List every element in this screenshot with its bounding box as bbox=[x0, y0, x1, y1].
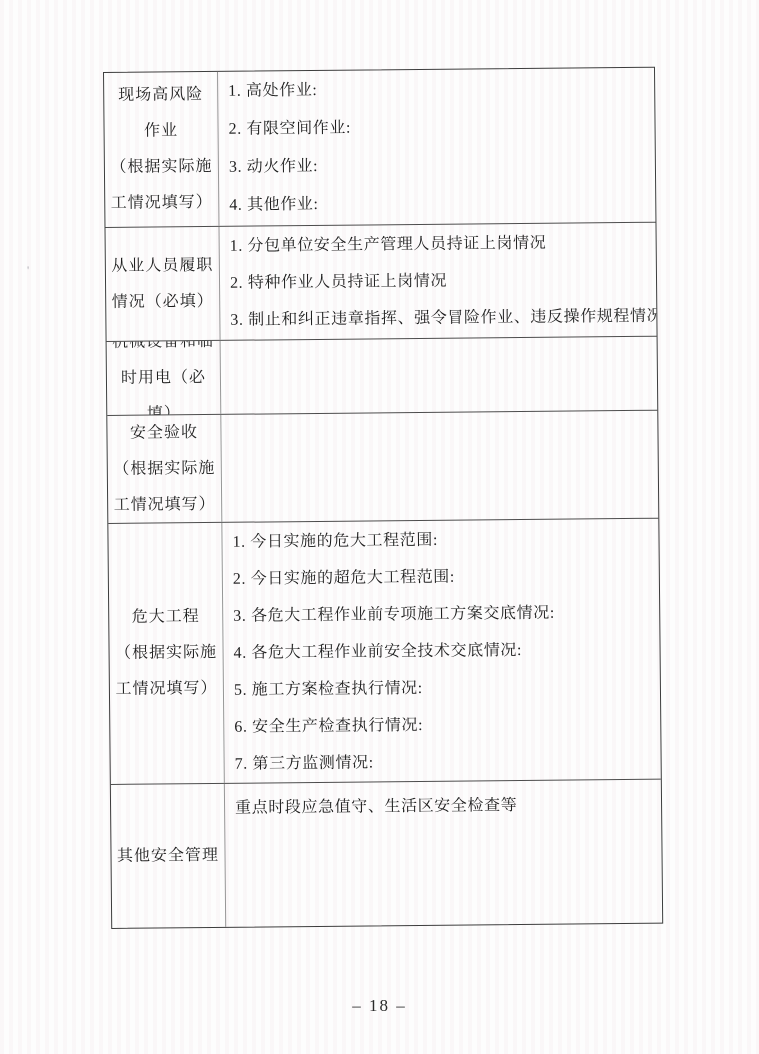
row-content bbox=[221, 337, 658, 414]
table-row: 机械设备和临 时用电（必填） bbox=[107, 337, 658, 416]
row-content bbox=[221, 411, 658, 522]
content-item: 1. 分包单位安全生产管理人员持证上岗情况 bbox=[230, 224, 656, 265]
row-label: 其他安全管理 bbox=[111, 784, 226, 928]
row-label: 现场高风险 作业 （根据实际施 工情况填写） bbox=[104, 72, 219, 227]
content-item: 3. 动火作业: bbox=[229, 145, 655, 187]
table-row: 现场高风险 作业 （根据实际施 工情况填写） 1. 高处作业: 2. 有限空间作… bbox=[104, 68, 655, 228]
content-item: 6. 安全生产检查执行情况: bbox=[234, 704, 660, 745]
table-row: 安全验收 （根据实际施 工情况填写） bbox=[107, 411, 658, 524]
content-item: 2. 特种作业人员持证上岗情况 bbox=[230, 261, 656, 302]
content-item: 7. 第三方监测情况: bbox=[234, 741, 660, 782]
content-item: 4. 其他作业: bbox=[229, 183, 655, 225]
content-item: 1. 今日实施的危大工程范围: bbox=[232, 519, 658, 560]
row-label: 安全验收 （根据实际施 工情况填写） bbox=[107, 415, 222, 523]
table-row: 其他安全管理 重点时段应急值守、生活区安全检查等 bbox=[111, 780, 662, 928]
content-item: 重点时段应急值守、生活区安全检查等 bbox=[235, 786, 661, 827]
row-content: 1. 高处作业: 2. 有限空间作业: 3. 动火作业: 4. 其他作业: bbox=[218, 68, 655, 226]
content-item: 1. 高处作业: bbox=[228, 69, 654, 111]
safety-inspection-table: 现场高风险 作业 （根据实际施 工情况填写） 1. 高处作业: 2. 有限空间作… bbox=[103, 67, 663, 929]
document-page: ' 现场高风险 作业 （根据实际施 工情况填写） 1. 高处作业: 2. 有限空… bbox=[0, 0, 759, 1054]
table-row: 危大工程 （根据实际施 工情况填写） 1. 今日实施的危大工程范围: 2. 今日… bbox=[108, 519, 660, 785]
row-label: 从业人员履职 情况（必填） bbox=[105, 227, 220, 341]
table-row: 从业人员履职 情况（必填） 1. 分包单位安全生产管理人员持证上岗情况 2. 特… bbox=[105, 223, 656, 342]
content-item: 3. 各危大工程作业前专项施工方案交底情况: bbox=[233, 593, 659, 634]
row-label: 机械设备和临 时用电（必填） bbox=[107, 341, 222, 415]
row-content: 1. 分包单位安全生产管理人员持证上岗情况 2. 特种作业人员持证上岗情况 3.… bbox=[219, 223, 656, 340]
content-item: 4. 各危大工程作业前安全技术交底情况: bbox=[233, 630, 659, 671]
content-item: 5. 施工方案检查执行情况: bbox=[234, 667, 660, 708]
page-number: – 18 – bbox=[0, 996, 759, 1016]
content-item: 2. 有限空间作业: bbox=[228, 107, 654, 149]
scan-artifact: ' bbox=[27, 263, 29, 278]
content-item: 2. 今日实施的超危大工程范围: bbox=[233, 556, 659, 597]
row-content: 1. 今日实施的危大工程范围: 2. 今日实施的超危大工程范围: 3. 各危大工… bbox=[222, 519, 660, 783]
row-label: 危大工程 （根据实际施 工情况填写） bbox=[108, 523, 224, 784]
row-content: 重点时段应急值守、生活区安全检查等 bbox=[225, 780, 662, 927]
content-item: 3. 制止和纠正违章指挥、强令冒险作业、违反操作规程情况 bbox=[230, 298, 656, 339]
